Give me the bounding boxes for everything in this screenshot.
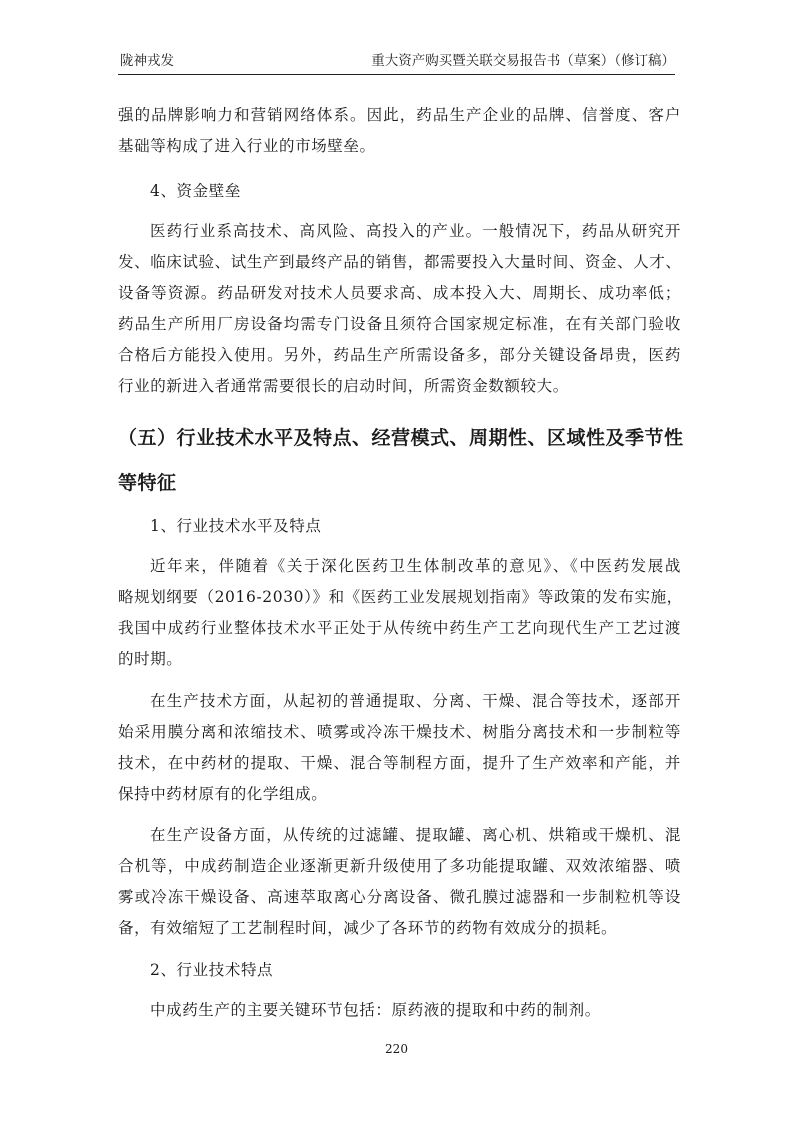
text-line: 行业的新进入者通常需要很长的启动时间，所需资金数额较大。 — [118, 374, 569, 396]
text-line: 在生产设备方面，从传统的过滤罐、提取罐、离心机、烘箱或干燥机、混 — [150, 823, 681, 845]
text-line: 雾或冷冻干燥设备、高速萃取离心分离设备、微孔膜过滤器和一步制粒机等设 — [118, 885, 681, 907]
text-line: 保持中药材原有的化学组成。 — [118, 782, 327, 804]
text-line: 技术，在中药材的提取、干燥、混合等制程方面，提升了生产效率和产能，并 — [118, 751, 681, 773]
heading-line: 等特征 — [118, 468, 177, 495]
item-title-capital-barrier: 4、资金壁垒 — [150, 179, 241, 201]
text-line: 我国中成药行业整体技术水平正处于从传统中药生产工艺向现代生产工艺过渡 — [118, 616, 681, 638]
text-line: 备，有效缩短了工艺制程时间，减少了各环节的药物有效成分的损耗。 — [118, 916, 617, 938]
header-company: 陇神戎发 — [120, 49, 174, 69]
item-title-tech-level: 1、行业技术水平及特点 — [150, 514, 321, 536]
text-line: 在生产技术方面，从起初的普通提取、分离、干燥、混合等技术，逐部开 — [150, 689, 681, 711]
text-line: 近年来，伴随着《关于深化医药卫生体制改革的意见》、《中医药发展战 — [150, 554, 681, 576]
text-line: 发、临床试验、试生产到最终产品的销售，都需要投入大量时间、资金、人才、 — [118, 250, 681, 272]
text-line: 合机等，中成药制造企业逐渐更新升级使用了多功能提取罐、双效浓缩器、喷 — [118, 854, 681, 876]
text-line: 的时期。 — [118, 647, 182, 669]
text-line: 药品生产所用厂房设备均需专门设备且须符合国家规定标准，在有关部门验收 — [118, 312, 681, 334]
text-line: 基础等构成了进入行业的市场壁垒。 — [118, 134, 376, 156]
page-header: 陇神戎发 重大资产购买暨关联交易报告书（草案）（修订稿） — [118, 48, 675, 75]
text-line: 设备等资源。药品研发对技术人员要求高、成本投入大、周期长、成功率低； — [118, 281, 681, 303]
text-line: 略规划纲要（2016-2030）》和《医药工业发展规划指南》等政策的发布实施， — [118, 585, 681, 607]
header-document-title: 重大资产购买暨关联交易报告书（草案）（修订稿） — [371, 49, 675, 69]
text-line: 合格后方能投入使用。另外，药品生产所需设备多，部分关键设备昂贵，医药 — [118, 343, 681, 365]
text-line: 中成药生产的主要关键环节包括：原药液的提取和中药的制剂。 — [150, 998, 601, 1020]
text-line: 始采用膜分离和浓缩技术、喷雾或冷冻干燥技术、树脂分离技术和一步制粒等 — [118, 720, 681, 742]
item-title-tech-features: 2、行业技术特点 — [150, 958, 273, 980]
page-number: 220 — [0, 1042, 793, 1056]
heading-line: （五）行业技术水平及特点、经营模式、周期性、区域性及季节性 — [118, 423, 684, 450]
text-line: 强的品牌影响力和营销网络体系。因此，药品生产企业的品牌、信誉度、客户 — [118, 103, 681, 125]
text-line: 医药行业系高技术、高风险、高投入的产业。一般情况下，药品从研究开 — [150, 219, 681, 241]
